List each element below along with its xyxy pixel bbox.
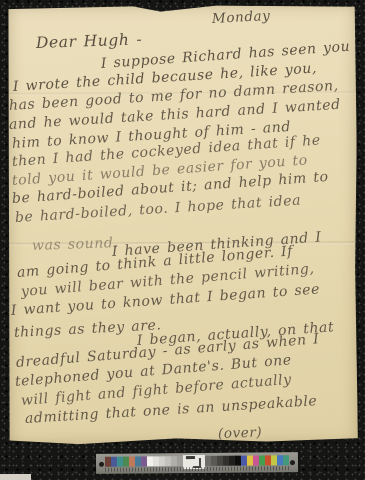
scanned-letter-page: MondayDear Hugh -I suppose Richard has s… — [0, 0, 365, 480]
letter-salutation: Dear Hugh - — [36, 32, 143, 51]
letter-over-note: (over) — [218, 426, 263, 441]
letter-date: Monday — [212, 10, 271, 27]
color-calibration-bar — [96, 452, 298, 474]
bar-micro-text — [105, 466, 289, 472]
bar-screw-left-icon — [99, 462, 104, 467]
color-patch — [283, 455, 289, 465]
bar-screw-right-icon — [290, 460, 295, 465]
scan-corner-artifact — [0, 474, 31, 480]
color-patch-row — [105, 455, 289, 467]
handwriting-layer: MondayDear Hugh -I suppose Richard has s… — [0, 0, 365, 480]
letter-line: was sound. — [32, 236, 119, 253]
